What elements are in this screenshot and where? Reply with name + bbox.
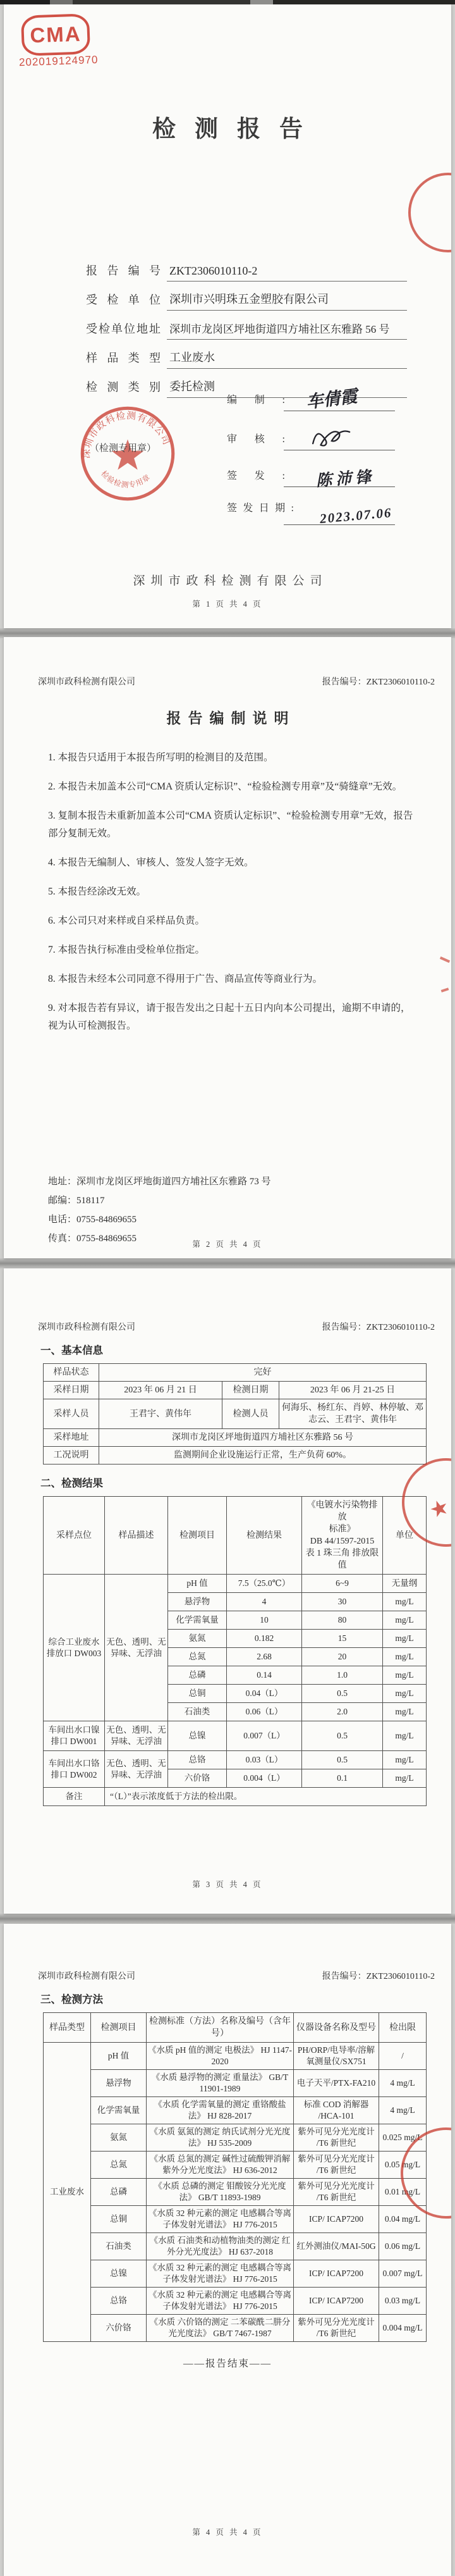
field-value: ZKT2306010110-2 — [167, 264, 407, 282]
report-title: 检测报告 — [4, 109, 451, 144]
limit-value: 0.1 — [302, 1769, 383, 1788]
col-header: 样品描述 — [105, 1497, 168, 1575]
scanned-report: CMA 202019124970 检测报告 报告编号 ZKT2306010110… — [0, 0, 455, 2576]
standard-line: 表 1 珠三角 排放限值 — [304, 1547, 380, 1571]
field-label: 受检单位地址 — [86, 320, 161, 340]
signature-line — [284, 411, 395, 411]
standard-line: 《电镀水污染物排放 — [304, 1499, 380, 1523]
note-item: 4. 本报告无编制人、审核人、签发人签字无效。 — [48, 854, 415, 872]
method-row: 总铜 《水质 32 种元素的测定 电感耦合等离子体发射光谱法》 HJ 776-2… — [44, 2206, 427, 2233]
note-item: 2. 本报告未加盖本公司“CMA 资质认定标识”、“检验检测专用章”及“骑缝章”… — [48, 778, 415, 796]
report-page-3: 深圳市政科检测有限公司 报告编号：ZKT2306010110-2 一、基本信息 … — [4, 1268, 451, 1914]
reviewed-by-label: 审核: — [227, 431, 285, 445]
field-value: 深圳市龙岗区坪地街道四方埔社区东雅路 56 号 — [167, 320, 407, 340]
field-value: 委托检测 — [167, 378, 407, 398]
scan-edge-artifact — [0, 0, 455, 4]
seal-bottom-text: 检验检测专用章 — [99, 469, 152, 489]
basic-value: 监测期间企业设施运行正常，生产负荷 60%。 — [99, 1447, 427, 1464]
page-number: 第 4 页 共 4 页 — [4, 2526, 451, 2537]
test-item: 总铜 — [168, 1685, 227, 1703]
basic-info-table: 样品状态 完好 采样日期 2023 年 06 月 21 日 检测日期 2023 … — [43, 1363, 427, 1464]
test-result: 0.04（L） — [227, 1685, 302, 1703]
detection-limit: 0.03 mg/L — [379, 2288, 427, 2315]
col-header: 样品类型 — [44, 2013, 91, 2043]
lab-tel: 电话：0755-84869655 — [48, 1210, 271, 1229]
note-item: 1. 本报告只适用于本报告所写明的检测目的及范围。 — [48, 749, 415, 767]
note-label: 备注 — [44, 1788, 105, 1806]
page-header: 深圳市政科检测有限公司 报告编号：ZKT2306010110-2 — [38, 1320, 435, 1333]
issued-by-label: 签发: — [227, 468, 285, 482]
unit: mg/L — [383, 1751, 427, 1769]
report-page-4: 深圳市政科检测有限公司 报告编号：ZKT2306010110-2 三、检测方法 … — [4, 1924, 451, 2576]
detection-limit: 4 mg/L — [379, 2070, 427, 2097]
sample-description: 无色、透明、无异味、无浮油 — [105, 1575, 168, 1721]
report-no-label: 报告编号： — [322, 1972, 367, 1981]
col-header: 采样点位 — [44, 1497, 105, 1575]
page-number: 第 1 页 共 4 页 — [4, 598, 451, 609]
test-item: 六价铬 — [91, 2315, 147, 2342]
issue-date-label: 签发日期: — [227, 500, 294, 514]
test-result: 7.5（25.0℃） — [227, 1575, 302, 1593]
section-results-title: 二、检测结果 — [40, 1475, 451, 1490]
page-separator — [0, 1914, 455, 1924]
paging-seal-fragment — [441, 988, 449, 993]
sampling-point: 车间出水口镍排口 DW001 — [44, 1721, 105, 1751]
method-row: 氨氮 《水质 氨氮的测定 纳氏试剂分光光度法》 HJ 535-2009 紫外可见… — [44, 2124, 427, 2152]
test-result: 4 — [227, 1593, 302, 1611]
instrument: ICP/ ICAP7200 — [294, 2260, 379, 2288]
lab-address: 地址：深圳市龙岗区坪地街道四方埔社区东雅路 73 号 — [48, 1172, 271, 1191]
detection-limit: 4 mg/L — [379, 2097, 427, 2124]
detection-limit: 0.007 mg/L — [379, 2260, 427, 2288]
test-item: 总磷 — [168, 1666, 227, 1685]
cover-fields: 报告编号 ZKT2306010110-2 受检单位 深圳市兴明珠五金塑胶有限公司… — [86, 252, 407, 398]
method-row: 工业废水 pH 值 《水质 pH 值的测定 电极法》 HJ 1147-2020 … — [44, 2043, 427, 2070]
result-row: 车间出水口铬排口 DW002 无色、透明、无异味、无浮油 总铬 0.03（L） … — [44, 1751, 427, 1769]
test-result: 2.68 — [227, 1648, 302, 1666]
test-result: 0.182 — [227, 1630, 302, 1648]
test-item: 总镍 — [91, 2260, 147, 2288]
instrument: 紫外可见分光光度计 /T6 新世纪 — [294, 2315, 379, 2342]
field-row-client-address: 受检单位地址 深圳市龙岗区坪地街道四方埔社区东雅路 56 号 — [86, 311, 407, 340]
method-row: 总镍 《水质 32 种元素的测定 电感耦合等离子体发射光谱法》 HJ 776-2… — [44, 2260, 427, 2288]
test-item: 悬浮物 — [91, 2070, 147, 2097]
instrument: ICP/ ICAP7200 — [294, 2206, 379, 2233]
field-value: 深圳市兴明珠五金塑胶有限公司 — [167, 290, 407, 311]
section-methods-title: 三、检测方法 — [40, 1991, 451, 2006]
cma-accreditation-number: 202019124970 — [19, 54, 99, 69]
basic-value: 王君宇、黄伟年 — [99, 1399, 222, 1429]
test-item: 六价铬 — [168, 1769, 227, 1788]
page-header: 深圳市政科检测有限公司 报告编号：ZKT2306010110-2 — [38, 675, 435, 688]
page-separator — [0, 1258, 455, 1268]
cma-accreditation-stamp: CMA — [21, 13, 90, 56]
unit: mg/L — [383, 1611, 427, 1630]
unit: 无量纲 — [383, 1575, 427, 1593]
results-table: 采样点位 样品描述 检测项目 检测结果 《电镀水污染物排放 标准》 DB 44/… — [43, 1496, 427, 1806]
report-no-value: ZKT2306010110-2 — [367, 1972, 435, 1981]
note-row: 备注 “（L）”表示浓度低于方法的检出限。 — [44, 1788, 427, 1806]
limit-value: 6~9 — [302, 1575, 383, 1593]
notes-title: 报告编制说明 — [4, 707, 451, 728]
basic-value: 完好 — [99, 1364, 427, 1382]
header-company: 深圳市政科检测有限公司 — [38, 1320, 135, 1333]
test-item: 化学需氧量 — [91, 2097, 147, 2124]
sample-description: 无色、透明、无异味、无浮油 — [105, 1721, 168, 1751]
field-value: 工业废水 — [167, 349, 407, 369]
sampling-point: 车间出水口铬排口 DW002 — [44, 1751, 105, 1788]
table-row: 采样人员 王君宇、黄伟年 检测人员 何海乐、杨红东、肖婷、林停敏、邓志云、王君宇… — [44, 1399, 427, 1429]
col-header: 检测项目 — [91, 2013, 147, 2043]
reviewer-signature-scribble — [307, 421, 356, 453]
detection-limit: 0.004 mg/L — [379, 2315, 427, 2342]
method-row: 总氮 《水质 总氮的测定 碱性过硫酸钾消解紫外分光光度法》 HJ 636-201… — [44, 2152, 427, 2179]
note-text: “（L）”表示浓度低于方法的检出限。 — [105, 1788, 427, 1806]
cma-mark-text: CMA — [30, 22, 82, 48]
results-header-row: 采样点位 样品描述 检测项目 检测结果 《电镀水污染物排放 标准》 DB 44/… — [44, 1497, 427, 1575]
method-standard: 《水质 石油类和动植物油类的测定 红外分光光度法》 HJ 637-2018 — [147, 2233, 294, 2260]
method-standard: 《水质 化学需氧量的测定 重铬酸盐法》 HJ 828-2017 — [147, 2097, 294, 2124]
field-row-report-no: 报告编号 ZKT2306010110-2 — [86, 252, 407, 282]
basic-value: 2023 年 06 月 21-25 日 — [279, 1382, 427, 1399]
field-label: 报告编号 — [86, 262, 161, 282]
page-number: 第 3 页 共 4 页 — [4, 1878, 451, 1890]
methods-table: 样品类型 检测项目 检测标准（方法）名称及编号（含年号） 仪器设备名称及型号 检… — [43, 2012, 427, 2342]
method-row: 悬浮物 《水质 悬浮物的测定 重量法》 GB/T 11901-1989 电子天平… — [44, 2070, 427, 2097]
method-standard: 《水质 32 种元素的测定 电感耦合等离子体发射光谱法》 HJ 776-2015 — [147, 2260, 294, 2288]
test-result: 0.14 — [227, 1666, 302, 1685]
basic-value: 深圳市龙岗区坪地街道四方埔社区东雅路 56 号 — [99, 1429, 427, 1447]
methods-header-row: 样品类型 检测项目 检测标准（方法）名称及编号（含年号） 仪器设备名称及型号 检… — [44, 2013, 427, 2043]
basic-value: 2023 年 06 月 21 日 — [99, 1382, 222, 1399]
test-result: 0.03（L） — [227, 1751, 302, 1769]
report-no-value: ZKT2306010110-2 — [367, 1323, 435, 1332]
col-header-standard: 《电镀水污染物排放 标准》 DB 44/1597-2015 表 1 珠三角 排放… — [302, 1497, 383, 1575]
limit-value: 2.0 — [302, 1703, 383, 1721]
report-notes-list: 1. 本报告只适用于本报告所写明的检测目的及范围。 2. 本报告未加盖本公司“C… — [48, 749, 415, 1035]
instrument: 红外测油仪/MAI-50G — [294, 2233, 379, 2260]
sampling-point: 综合工业废水排放口 DW003 — [44, 1575, 105, 1721]
test-item: 氨氮 — [91, 2124, 147, 2152]
test-item: 总氮 — [168, 1648, 227, 1666]
basic-label: 检测人员 — [222, 1399, 279, 1429]
method-standard: 《水质 32 种元素的测定 电感耦合等离子体发射光谱法》 HJ 776-2015 — [147, 2206, 294, 2233]
note-item: 8. 本报告未经本公司同意不得用于广告、商品宣传等商业行为。 — [48, 970, 415, 988]
test-item: 氨氮 — [168, 1630, 227, 1648]
test-item: 总铬 — [168, 1751, 227, 1769]
sample-description: 无色、透明、无异味、无浮油 — [105, 1751, 168, 1788]
note-item: 5. 本报告经涂改无效。 — [48, 883, 415, 901]
header-report-no: 报告编号：ZKT2306010110-2 — [322, 1320, 435, 1333]
instrument: 标准 COD 消解器 /HCA-101 — [294, 2097, 379, 2124]
header-report-no: 报告编号：ZKT2306010110-2 — [322, 1969, 435, 1982]
field-label: 样品类型 — [86, 349, 161, 369]
method-standard: 《水质 氨氮的测定 纳氏试剂分光光度法》 HJ 535-2009 — [147, 2124, 294, 2152]
basic-label: 采样地址 — [44, 1429, 99, 1447]
unit: mg/L — [383, 1769, 427, 1788]
standard-line: DB 44/1597-2015 — [304, 1535, 380, 1547]
test-item: 总铬 — [91, 2288, 147, 2315]
unit: mg/L — [383, 1593, 427, 1611]
sample-type: 工业废水 — [44, 2043, 91, 2342]
field-label: 检测类别 — [86, 378, 161, 398]
test-item: 总铜 — [91, 2206, 147, 2233]
prepared-by-label: 编制: — [227, 392, 285, 406]
method-standard: 《水质 总氮的测定 碱性过硫酸钾消解紫外分光光度法》 HJ 636-2012 — [147, 2152, 294, 2179]
section-basic-info-title: 一、基本信息 — [40, 1342, 451, 1357]
basic-label: 检测日期 — [222, 1382, 279, 1399]
method-standard: 《水质 pH 值的测定 电极法》 HJ 1147-2020 — [147, 2043, 294, 2070]
basic-label: 工况说明 — [44, 1447, 99, 1464]
test-result: 0.06（L） — [227, 1703, 302, 1721]
test-item: 总氮 — [91, 2152, 147, 2179]
svg-text:检验检测专用章: 检验检测专用章 — [99, 469, 152, 489]
test-result: 0.007（L） — [227, 1721, 302, 1751]
test-item: 总镍 — [168, 1721, 227, 1751]
report-no-value: ZKT2306010110-2 — [367, 678, 435, 687]
prepared-by-signature: 车倩霞 — [305, 382, 358, 413]
instrument: 紫外可见分光光度计 /T6 新世纪 — [294, 2124, 379, 2152]
col-header: 检测项目 — [168, 1497, 227, 1575]
header-report-no: 报告编号：ZKT2306010110-2 — [322, 675, 435, 688]
method-row: 总铬 《水质 32 种元素的测定 电感耦合等离子体发射光谱法》 HJ 776-2… — [44, 2288, 427, 2315]
report-page-2: 深圳市政科检测有限公司 报告编号：ZKT2306010110-2 报告编制说明 … — [4, 637, 451, 1258]
limit-value: 20 — [302, 1648, 383, 1666]
field-row-sample-type: 样品类型 工业废水 — [86, 340, 407, 369]
test-item: pH 值 — [168, 1575, 227, 1593]
unit: mg/L — [383, 1703, 427, 1721]
basic-label: 样品状态 — [44, 1364, 99, 1382]
unit: mg/L — [383, 1721, 427, 1751]
method-row: 化学需氧量 《水质 化学需氧量的测定 重铬酸盐法》 HJ 828-2017 标准… — [44, 2097, 427, 2124]
method-row: 总磷 《水质 总磷的测定 钼酸铵分光光度法》 GB/T 11893-1989 紫… — [44, 2179, 427, 2206]
page-header: 深圳市政科检测有限公司 报告编号：ZKT2306010110-2 — [38, 1969, 435, 1982]
issuing-company-name: 深圳市政科检测有限公司 — [4, 571, 451, 588]
table-row: 采样地址 深圳市龙岗区坪地街道四方埔社区东雅路 56 号 — [44, 1429, 427, 1447]
limit-value: 1.0 — [302, 1666, 383, 1685]
instrument: 电子天平/PTX-FA210 — [294, 2070, 379, 2097]
table-row: 样品状态 完好 — [44, 1364, 427, 1382]
table-row: 采样日期 2023 年 06 月 21 日 检测日期 2023 年 06 月 2… — [44, 1382, 427, 1399]
field-row-client: 受检单位 深圳市兴明珠五金塑胶有限公司 — [86, 282, 407, 311]
report-no-label: 报告编号： — [322, 678, 367, 687]
col-header: 检测标准（方法）名称及编号（含年号） — [147, 2013, 294, 2043]
instrument: ICP/ ICAP7200 — [294, 2288, 379, 2315]
note-item: 3. 复制本报告未重新加盖本公司“CMA 资质认定标识”、“检验检测专用章”无效… — [48, 807, 415, 843]
test-result: 10 — [227, 1611, 302, 1630]
lab-zip: 邮编：518117 — [48, 1191, 271, 1210]
test-item: 悬浮物 — [168, 1593, 227, 1611]
seal-caption-text: （检测专用章） — [90, 441, 156, 454]
unit: mg/L — [383, 1685, 427, 1703]
table-row: 工况说明 监测期间企业设施运行正常，生产负荷 60%。 — [44, 1447, 427, 1464]
note-item: 6. 本公司只对来样或自采样品负责。 — [48, 912, 415, 930]
method-standard: 《水质 六价铬的测定 二苯碳酰二肼分光光度法》 GB/T 7467-1987 — [147, 2315, 294, 2342]
detection-limit: 0.06 mg/L — [379, 2233, 427, 2260]
method-standard: 《水质 悬浮物的测定 重量法》 GB/T 11901-1989 — [147, 2070, 294, 2097]
signature-line — [284, 450, 395, 450]
basic-label: 采样人员 — [44, 1399, 99, 1429]
test-result: 0.004（L） — [227, 1769, 302, 1788]
note-item: 9. 对本报告若有异议，请于报告发出之日起十五日内向本公司提出，逾期不申请的，视… — [48, 1000, 415, 1035]
detection-limit: / — [379, 2043, 427, 2070]
paging-seal-fragment — [401, 165, 451, 259]
field-label: 受检单位 — [86, 291, 161, 311]
col-header: 检出限 — [379, 2013, 427, 2043]
limit-value: 80 — [302, 1611, 383, 1630]
report-no-label: 报告编号： — [322, 1323, 367, 1332]
test-item: 石油类 — [91, 2233, 147, 2260]
unit: mg/L — [383, 1666, 427, 1685]
test-item: 石油类 — [168, 1703, 227, 1721]
instrument: 紫外可见分光光度计 /T6 新世纪 — [294, 2179, 379, 2206]
method-row: 六价铬 《水质 六价铬的测定 二苯碳酰二肼分光光度法》 GB/T 7467-19… — [44, 2315, 427, 2342]
limit-value: 0.5 — [302, 1721, 383, 1751]
header-company: 深圳市政科检测有限公司 — [38, 675, 135, 688]
limit-value: 0.5 — [302, 1685, 383, 1703]
report-page-1: CMA 202019124970 检测报告 报告编号 ZKT2306010110… — [4, 4, 451, 628]
note-item: 7. 本报告执行标准由受检单位指定。 — [48, 941, 415, 959]
result-row: 综合工业废水排放口 DW003 无色、透明、无异味、无浮油 pH 值 7.5（2… — [44, 1575, 427, 1593]
col-header: 检测结果 — [227, 1497, 302, 1575]
limit-value: 30 — [302, 1593, 383, 1611]
test-item: 总磷 — [91, 2179, 147, 2206]
limit-value: 0.5 — [302, 1751, 383, 1769]
issued-by-signature: 陈沛锋 — [315, 464, 375, 491]
method-standard: 《水质 总磷的测定 钼酸铵分光光度法》 GB/T 11893-1989 — [147, 2179, 294, 2206]
report-end-marker: ——报告结束—— — [4, 2356, 451, 2370]
lab-contact-block: 地址：深圳市龙岗区坪地街道四方埔社区东雅路 73 号 邮编：518117 电话：… — [48, 1172, 271, 1248]
basic-label: 采样日期 — [44, 1382, 99, 1399]
limit-value: 15 — [302, 1630, 383, 1648]
result-row: 车间出水口镍排口 DW001 无色、透明、无异味、无浮油 总镍 0.007（L）… — [44, 1721, 427, 1751]
paging-seal-fragment — [440, 957, 450, 963]
test-item: 化学需氧量 — [168, 1611, 227, 1630]
standard-line: 标准》 — [304, 1523, 380, 1535]
method-row: 石油类 《水质 石油类和动植物油类的测定 红外分光光度法》 HJ 637-201… — [44, 2233, 427, 2260]
instrument: PH/ORP/电导率/溶解氧测量仪/SX751 — [294, 2043, 379, 2070]
issue-date-handwritten: 2023.07.06 — [319, 505, 392, 527]
unit: mg/L — [383, 1648, 427, 1666]
page-number: 第 2 页 共 4 页 — [4, 1238, 451, 1249]
instrument: 紫外可见分光光度计 /T6 新世纪 — [294, 2152, 379, 2179]
unit: mg/L — [383, 1630, 427, 1648]
method-standard: 《水质 32 种元素的测定 电感耦合等离子体发射光谱法》 HJ 776-2015 — [147, 2288, 294, 2315]
test-item: pH 值 — [91, 2043, 147, 2070]
header-company: 深圳市政科检测有限公司 — [38, 1969, 135, 1982]
col-header: 仪器设备名称及型号 — [294, 2013, 379, 2043]
basic-value: 何海乐、杨红东、肖婷、林停敏、邓志云、王君宇、黄伟年 — [279, 1399, 427, 1429]
